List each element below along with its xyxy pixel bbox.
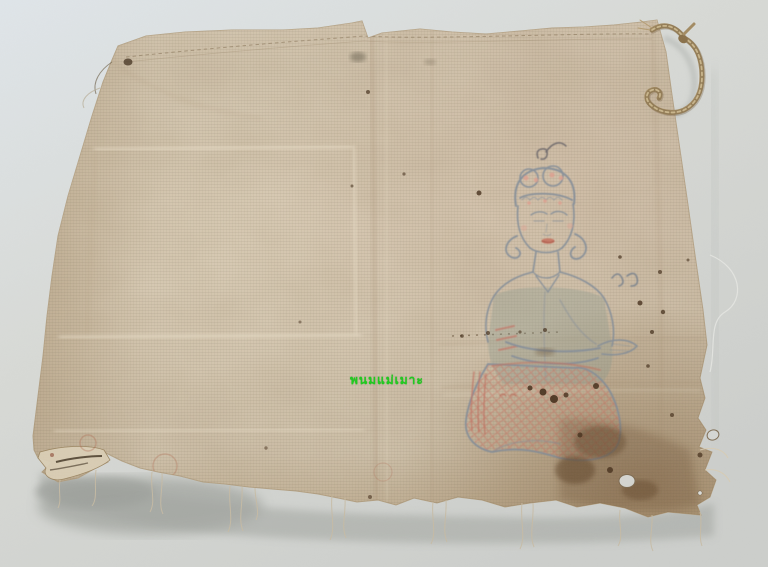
photo-grain-overlay <box>0 0 768 567</box>
watermark-text: พนมแม่เมาะ <box>350 374 470 386</box>
photo-stage: พนมแม่เมาะ <box>0 0 768 567</box>
cloth-photo-scene <box>0 0 768 567</box>
